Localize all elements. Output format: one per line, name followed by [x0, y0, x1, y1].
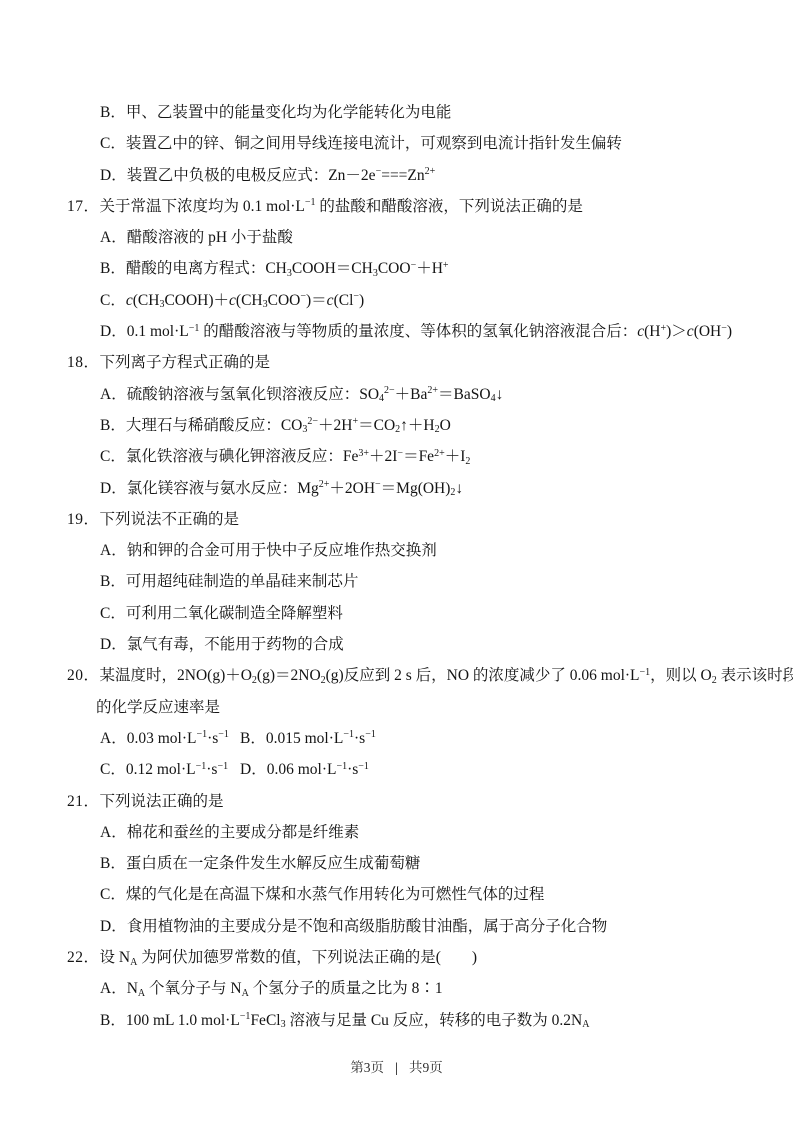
option-text: 0.1 mol·L−1 的醋酸溶液与等物质的量浓度、等体积的氢氧化钠溶液混合后：…: [127, 323, 732, 340]
question-22: 22．设 NA 为阿伏加德罗常数的值，下列说法正确的是( ) A．NA 个氧分子…: [0, 942, 793, 1036]
question-17-option-b: B．醋酸的电离方程式：CH3COOH＝CH3COO−＋H+: [0, 253, 793, 284]
option-text: 醋酸的电离方程式：CH3COOH＝CH3COO−＋H+: [126, 260, 449, 277]
question-16-options: B．甲、乙装置中的能量变化均为化学能转化为电能 C．装置乙中的锌、铜之间用导线连…: [0, 97, 793, 191]
option-text: 氯化铁溶液与碘化钾溶液反应：Fe3+＋2I−＝Fe2+＋I2: [126, 448, 471, 465]
current-page-label: 第3页: [350, 1060, 384, 1075]
question-stem-text: 设 NA 为阿伏加德罗常数的值，下列说法正确的是( ): [100, 949, 478, 966]
question-18-option-b: B．大理石与稀硝酸反应：CO32−＋2H+＝CO2↑＋H2O: [0, 410, 793, 441]
option-label: A．: [100, 386, 127, 403]
question-number: 17．: [67, 198, 100, 215]
question-stem-text: 某温度时，2NO(g)＋O2(g)＝2NO2(g)反应到 2 s 后，NO 的浓…: [100, 667, 793, 684]
option-label: B．: [100, 417, 126, 434]
option-label: D．: [100, 323, 127, 340]
question-16-option-c: C．装置乙中的锌、铜之间用导线连接电流计，可观察到电流计指针发生偏转: [0, 128, 793, 159]
question-20-options-row2: C．0.12 mol·L−1·s−1D．0.06 mol·L−1·s−1: [0, 754, 793, 785]
question-19-stem: 19．下列说法不正确的是: [0, 504, 793, 535]
option-text: 0.03 mol·L−1·s−1: [127, 730, 229, 747]
option-text: 可用超纯硅制造的单晶硅来制芯片: [126, 573, 359, 590]
exam-content: B．甲、乙装置中的能量变化均为化学能转化为电能 C．装置乙中的锌、铜之间用导线连…: [0, 97, 793, 1036]
total-pages-label: 共9页: [409, 1060, 443, 1075]
question-17-option-a: A．醋酸溶液的 pH 小于盐酸: [0, 222, 793, 253]
question-18-option-d: D．氯化镁容液与氨水反应：Mg2+＋2OH−＝Mg(OH)2↓: [0, 473, 793, 504]
option-label: B．: [100, 855, 126, 872]
question-number: 22．: [67, 949, 100, 966]
question-19-option-d: D．氯气有毒，不能用于药物的合成: [0, 629, 793, 660]
option-label: C．: [100, 135, 126, 152]
question-22-stem: 22．设 NA 为阿伏加德罗常数的值，下列说法正确的是( ): [0, 942, 793, 973]
question-21-option-b: B．蛋白质在一定条件发生水解反应生成葡萄糖: [0, 848, 793, 879]
question-number: 21．: [67, 793, 100, 810]
option-text: 钠和钾的合金可用于快中子反应堆作热交换剂: [127, 542, 437, 559]
option-text: 蛋白质在一定条件发生水解反应生成葡萄糖: [126, 855, 421, 872]
option-label: B．: [240, 730, 266, 747]
option-label: D．: [100, 636, 127, 653]
option-label: A．: [100, 542, 127, 559]
question-22-option-a: A．NA 个氧分子与 NA 个氢分子的质量之比为 8∶1: [0, 973, 793, 1004]
option-label: D．: [100, 480, 127, 497]
option-label: B．: [100, 260, 126, 277]
question-number: 18．: [67, 354, 100, 371]
question-17-option-d: D．0.1 mol·L−1 的醋酸溶液与等物质的量浓度、等体积的氢氧化钠溶液混合…: [0, 316, 793, 347]
option-label: A．: [100, 824, 127, 841]
question-22-option-b: B．100 mL 1.0 mol·L−1FeCl3 溶液与足量 Cu 反应，转移…: [0, 1005, 793, 1036]
option-text: 氯气有毒，不能用于药物的合成: [127, 636, 344, 653]
option-text: 0.06 mol·L−1·s−1: [267, 761, 369, 778]
option-text: 0.12 mol·L−1·s−1: [126, 761, 228, 778]
option-text: 0.015 mol·L−1·s−1: [266, 730, 376, 747]
option-label: C．: [100, 761, 126, 778]
question-20-option-c: C．0.12 mol·L−1·s−1: [100, 754, 240, 785]
option-label: A．: [100, 980, 127, 997]
option-text: 棉花和蚕丝的主要成分都是纤维素: [127, 824, 360, 841]
question-19-option-c: C．可利用二氧化碳制造全降解塑料: [0, 598, 793, 629]
option-label: A．: [100, 229, 127, 246]
question-19-option-b: B．可用超纯硅制造的单晶硅来制芯片: [0, 566, 793, 597]
question-20-option-d: D．0.06 mol·L−1·s−1: [240, 761, 369, 778]
option-label: C．: [100, 886, 126, 903]
question-18-option-a: A．硫酸钠溶液与氢氧化钡溶液反应：SO42−＋Ba2+＝BaSO4↓: [0, 379, 793, 410]
question-17-stem: 17．关于常温下浓度均为 0.1 mol·L−1 的盐酸和醋酸溶液，下列说法正确…: [0, 191, 793, 222]
question-19-option-a: A．钠和钾的合金可用于快中子反应堆作热交换剂: [0, 535, 793, 566]
question-18: 18．下列离子方程式正确的是 A．硫酸钠溶液与氢氧化钡溶液反应：SO42−＋Ba…: [0, 347, 793, 503]
question-20-stem-line2: 的化学反应速率是: [0, 692, 793, 723]
question-20-stem-line1: 20．某温度时，2NO(g)＋O2(g)＝2NO2(g)反应到 2 s 后，NO…: [0, 660, 793, 691]
option-label: A．: [100, 730, 127, 747]
option-label: C．: [100, 605, 126, 622]
question-18-option-c: C．氯化铁溶液与碘化钾溶液反应：Fe3+＋2I−＝Fe2+＋I2: [0, 441, 793, 472]
option-text: 醋酸溶液的 pH 小于盐酸: [127, 229, 293, 246]
page-footer: 第3页|共9页: [0, 1058, 793, 1078]
option-text: 可利用二氧化碳制造全降解塑料: [126, 605, 343, 622]
question-20: 20．某温度时，2NO(g)＋O2(g)＝2NO2(g)反应到 2 s 后，NO…: [0, 660, 793, 785]
option-label: B．: [100, 573, 126, 590]
question-stem-text: 关于常温下浓度均为 0.1 mol·L−1 的盐酸和醋酸溶液，下列说法正确的是: [100, 198, 583, 215]
option-label: C．: [100, 292, 126, 309]
question-21-option-a: A．棉花和蚕丝的主要成分都是纤维素: [0, 817, 793, 848]
option-label: D．: [240, 761, 267, 778]
option-text: NA 个氧分子与 NA 个氢分子的质量之比为 8∶1: [127, 980, 443, 997]
option-text: 装置乙中负极的电极反应式：Zn－2e−===Zn2+: [127, 167, 436, 184]
question-21-option-c: C．煤的气化是在高温下煤和水蒸气作用转化为可燃性气体的过程: [0, 879, 793, 910]
option-text: c(CH3COOH)＋c(CH3COO−)＝c(Cl−): [126, 292, 364, 309]
question-stem-text: 下列说法正确的是: [100, 793, 224, 810]
question-20-options-row1: A．0.03 mol·L−1·s−1B．0.015 mol·L−1·s−1: [0, 723, 793, 754]
option-text: 食用植物油的主要成分是不饱和高级脂肪酸甘油酯，属于高分子化合物: [127, 918, 608, 935]
question-19: 19．下列说法不正确的是 A．钠和钾的合金可用于快中子反应堆作热交换剂 B．可用…: [0, 504, 793, 660]
option-label: D．: [100, 918, 127, 935]
question-21-option-d: D．食用植物油的主要成分是不饱和高级脂肪酸甘油酯，属于高分子化合物: [0, 911, 793, 942]
question-number: 20．: [67, 667, 100, 684]
question-21: 21．下列说法正确的是 A．棉花和蚕丝的主要成分都是纤维素 B．蛋白质在一定条件…: [0, 786, 793, 942]
option-label: D．: [100, 167, 127, 184]
question-stem-text: 下列离子方程式正确的是: [100, 354, 271, 371]
question-16-option-d: D．装置乙中负极的电极反应式：Zn－2e−===Zn2+: [0, 160, 793, 191]
question-17: 17．关于常温下浓度均为 0.1 mol·L−1 的盐酸和醋酸溶液，下列说法正确…: [0, 191, 793, 347]
option-text: 氯化镁容液与氨水反应：Mg2+＋2OH−＝Mg(OH)2↓: [127, 480, 463, 497]
option-text: 煤的气化是在高温下煤和水蒸气作用转化为可燃性气体的过程: [126, 886, 545, 903]
question-21-stem: 21．下列说法正确的是: [0, 786, 793, 817]
footer-separator: |: [395, 1060, 398, 1075]
option-text: 硫酸钠溶液与氢氧化钡溶液反应：SO42−＋Ba2+＝BaSO4↓: [127, 386, 504, 403]
question-number: 19．: [67, 511, 100, 528]
question-20-option-a: A．0.03 mol·L−1·s−1: [100, 723, 240, 754]
option-label: C．: [100, 448, 126, 465]
question-20-option-b: B．0.015 mol·L−1·s−1: [240, 730, 376, 747]
question-stem-text: 下列说法不正确的是: [100, 511, 240, 528]
question-17-option-c: C．c(CH3COOH)＋c(CH3COO−)＝c(Cl−): [0, 285, 793, 316]
option-text: 大理石与稀硝酸反应：CO32−＋2H+＝CO2↑＋H2O: [126, 417, 451, 434]
option-label: B．: [100, 1012, 126, 1029]
question-stem-text: 的化学反应速率是: [96, 699, 220, 716]
question-16-option-b: B．甲、乙装置中的能量变化均为化学能转化为电能: [0, 97, 793, 128]
question-18-stem: 18．下列离子方程式正确的是: [0, 347, 793, 378]
exam-page: B．甲、乙装置中的能量变化均为化学能转化为电能 C．装置乙中的锌、铜之间用导线连…: [0, 0, 793, 1122]
option-text: 100 mL 1.0 mol·L−1FeCl3 溶液与足量 Cu 反应，转移的电…: [126, 1012, 590, 1029]
option-text: 甲、乙装置中的能量变化均为化学能转化为电能: [126, 104, 452, 121]
option-label: B．: [100, 104, 126, 121]
option-text: 装置乙中的锌、铜之间用导线连接电流计，可观察到电流计指针发生偏转: [126, 135, 622, 152]
